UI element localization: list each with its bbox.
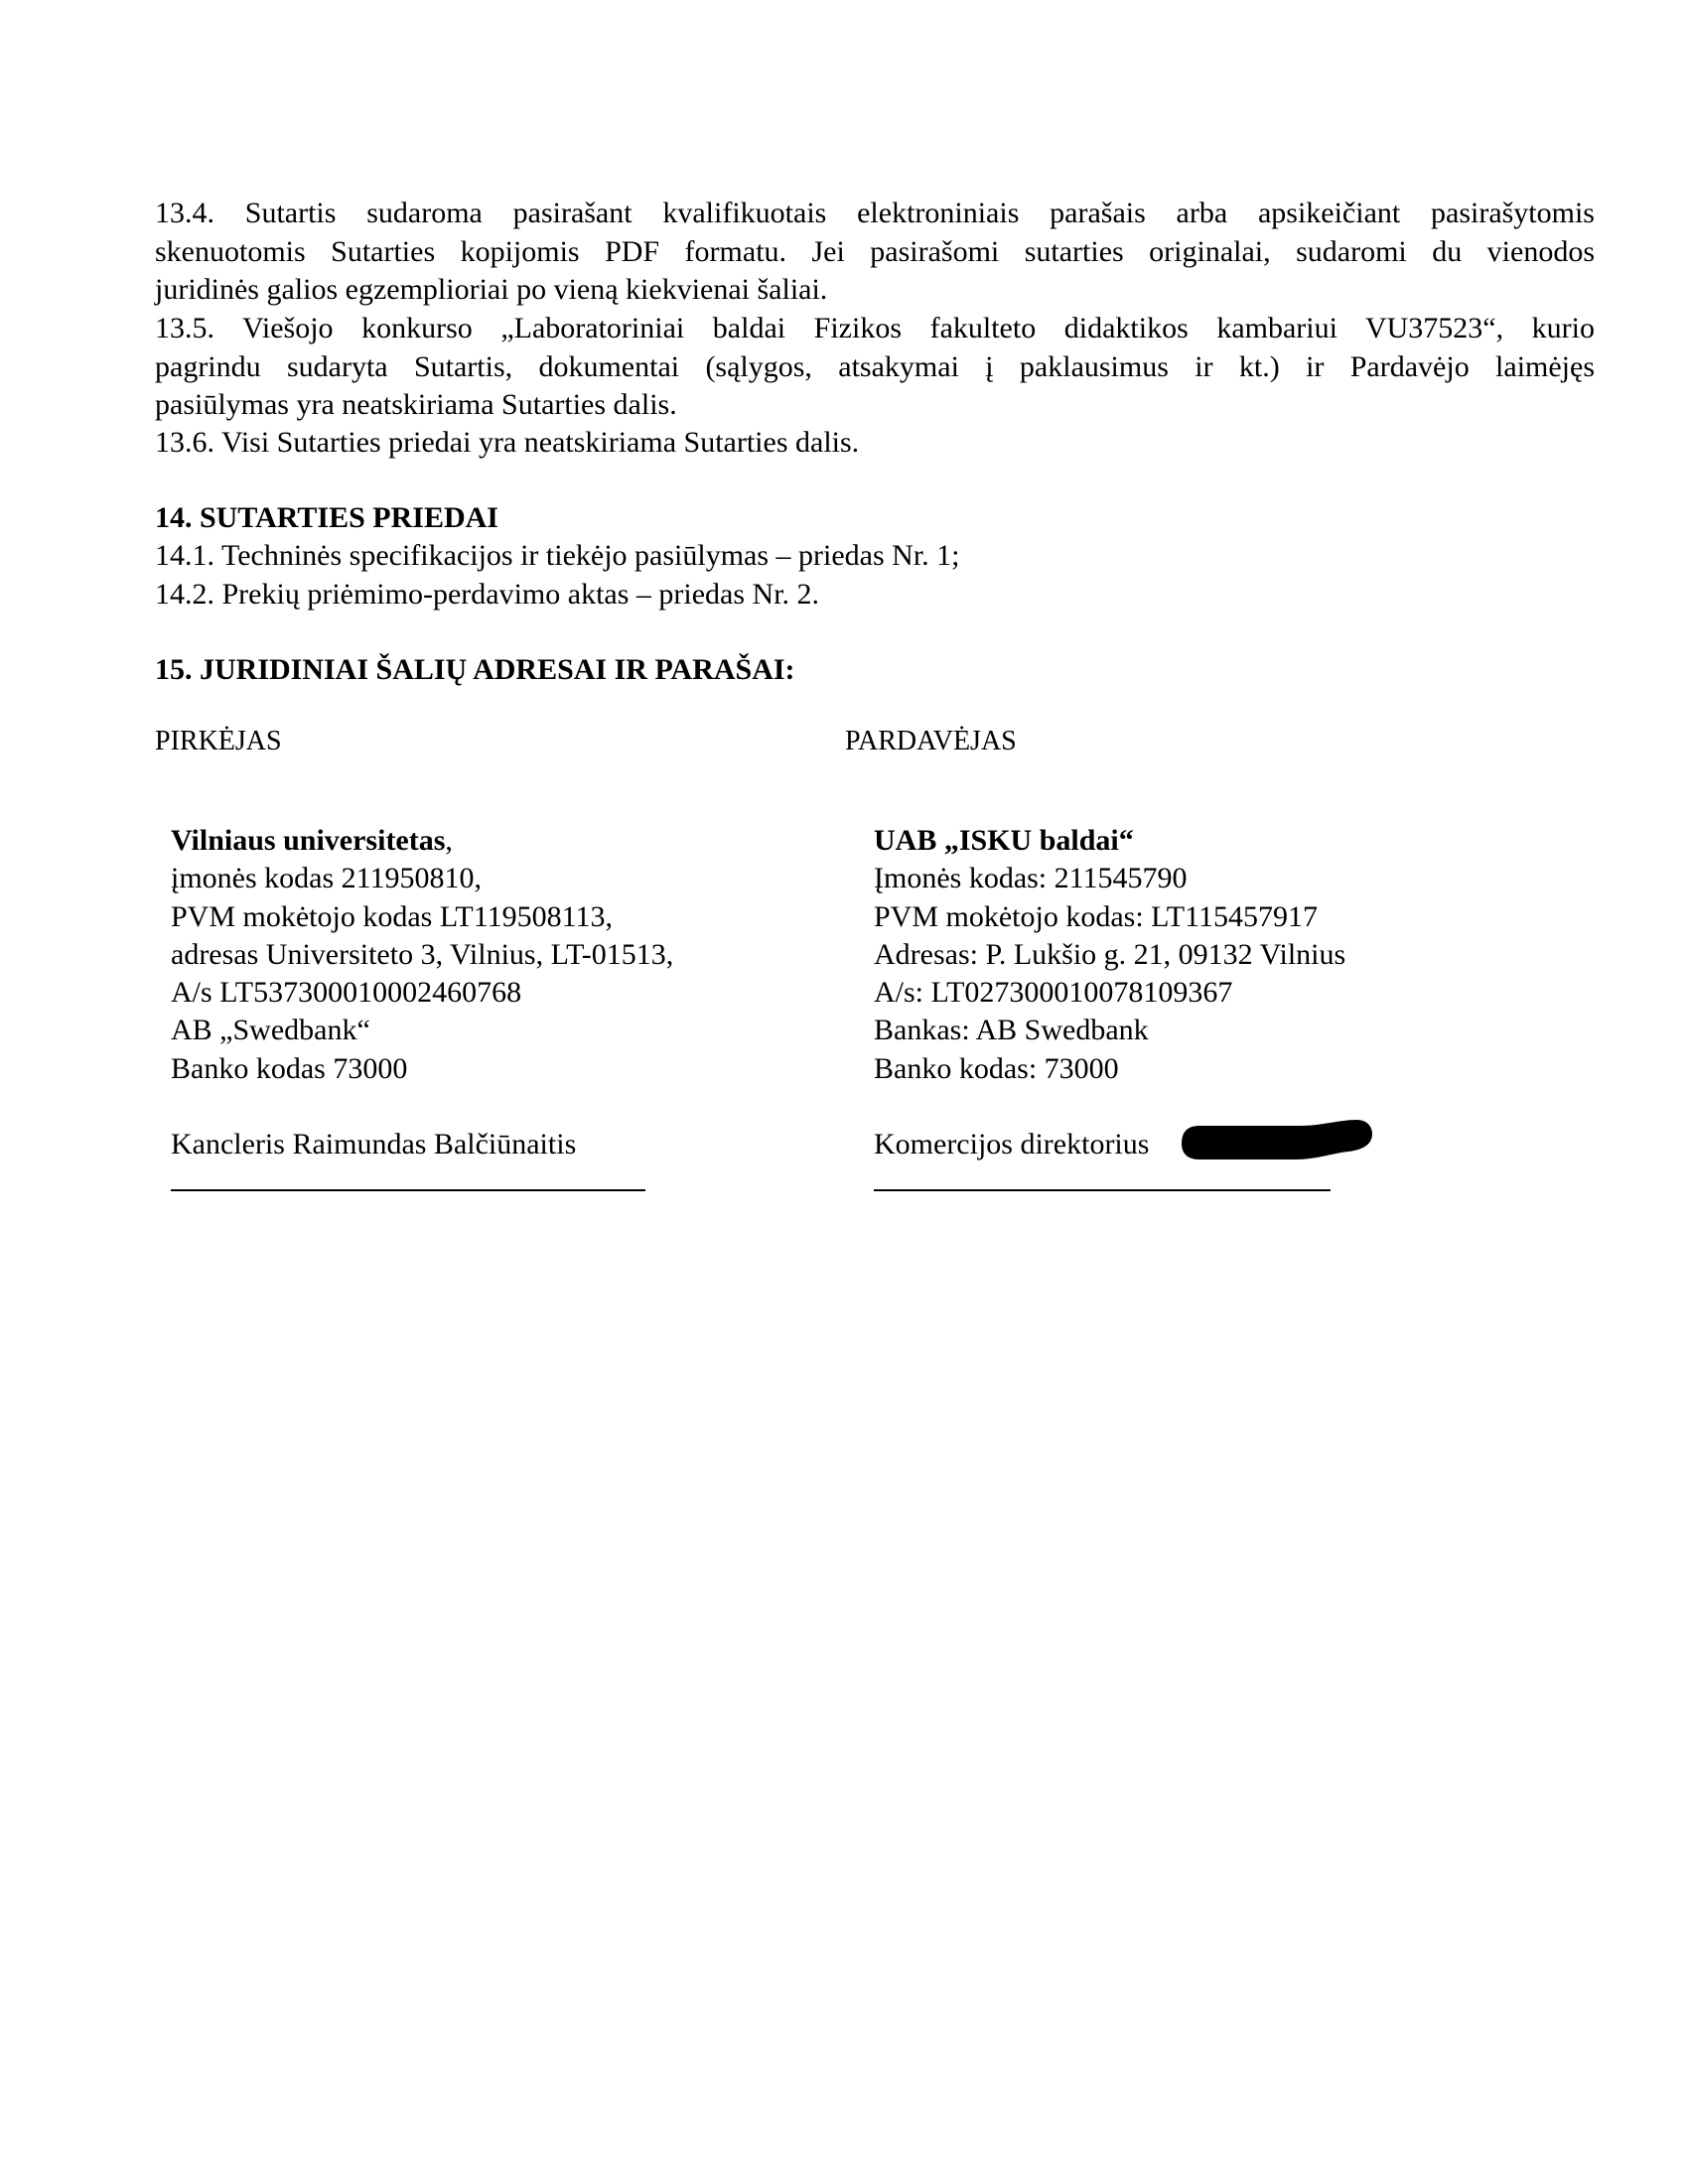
buyer-company-code: įmonės kodas 211950810,: [171, 860, 673, 897]
buyer-vat-code: PVM mokėtojo kodas LT119508113,: [171, 898, 673, 936]
buyer-signature-line: [171, 1189, 645, 1191]
buyer-name-suffix: ,: [445, 824, 453, 857]
seller-name: UAB „ISKU baldai“: [874, 822, 1345, 860]
seller-bank: Bankas: AB Swedbank: [874, 1012, 1345, 1049]
clause-13-4-line-2: skenuotomis Sutarties kopijomis PDF form…: [155, 233, 1595, 272]
clause-13-6-text: 13.6. Visi Sutarties priedai yra neatski…: [155, 424, 1595, 463]
clause-13-4: 13.4. Sutartis sudaroma pasirašant kvali…: [155, 195, 1595, 310]
seller-signature-line: [874, 1189, 1331, 1191]
seller-account: A/s: LT027300010078109367: [874, 974, 1345, 1012]
buyer-account: A/s LT537300010002460768: [171, 974, 673, 1012]
seller-bank-code: Banko kodas: 73000: [874, 1050, 1345, 1088]
clause-13-5-line-3: pasiūlymas yra neatskiriama Sutarties da…: [155, 386, 1595, 425]
clause-13-5-line-1: 13.5. Viešojo konkurso „Laboratoriniai b…: [155, 310, 1595, 348]
buyer-label: PIRKĖJAS: [155, 725, 282, 758]
clause-13-5-line-2: pagrindu sudaryta Sutartis, dokumentai (…: [155, 348, 1595, 387]
buyer-details: Vilniaus universitetas, įmonės kodas 211…: [171, 822, 673, 1088]
seller-company-code: Įmonės kodas: 211545790: [874, 860, 1345, 897]
buyer-signer: Kancleris Raimundas Balčiūnaitis: [171, 1126, 576, 1163]
clause-13-5: 13.5. Viešojo konkurso „Laboratoriniai b…: [155, 310, 1595, 425]
redaction-mark: [1182, 1120, 1372, 1165]
clause-13-4-line-1: 13.4. Sutartis sudaroma pasirašant kvali…: [155, 195, 1595, 233]
section-14-items: 14.1. Techninės specifikacijos ir tiekėj…: [155, 537, 1595, 614]
buyer-bank: AB „Swedbank“: [171, 1012, 673, 1049]
buyer-address: adresas Universiteto 3, Vilnius, LT-0151…: [171, 936, 673, 974]
buyer-bank-code: Banko kodas 73000: [171, 1050, 673, 1088]
annex-item-2: 14.2. Prekių priėmimo-perdavimo aktas – …: [155, 576, 1595, 614]
seller-vat-code: PVM mokėtojo kodas: LT115457917: [874, 898, 1345, 936]
seller-label: PARDAVĖJAS: [845, 725, 1017, 758]
seller-address: Adresas: P. Lukšio g. 21, 09132 Vilnius: [874, 936, 1345, 974]
seller-signer: Komercijos direktorius: [874, 1126, 1149, 1163]
annex-item-1: 14.1. Techninės specifikacijos ir tiekėj…: [155, 537, 1595, 576]
section-15-title: 15. JURIDINIAI ŠALIŲ ADRESAI IR PARAŠAI:: [155, 651, 795, 689]
section-14-title: 14. SUTARTIES PRIEDAI: [155, 499, 498, 537]
clause-13-6: 13.6. Visi Sutarties priedai yra neatski…: [155, 424, 1595, 463]
buyer-name: Vilniaus universitetas: [171, 824, 445, 857]
seller-details: UAB „ISKU baldai“ Įmonės kodas: 21154579…: [874, 822, 1345, 1088]
document-page: 13.4. Sutartis sudaroma pasirašant kvali…: [0, 0, 1688, 2184]
clause-13-4-line-3: juridinės galios egzemplioriai po vieną …: [155, 271, 1595, 310]
